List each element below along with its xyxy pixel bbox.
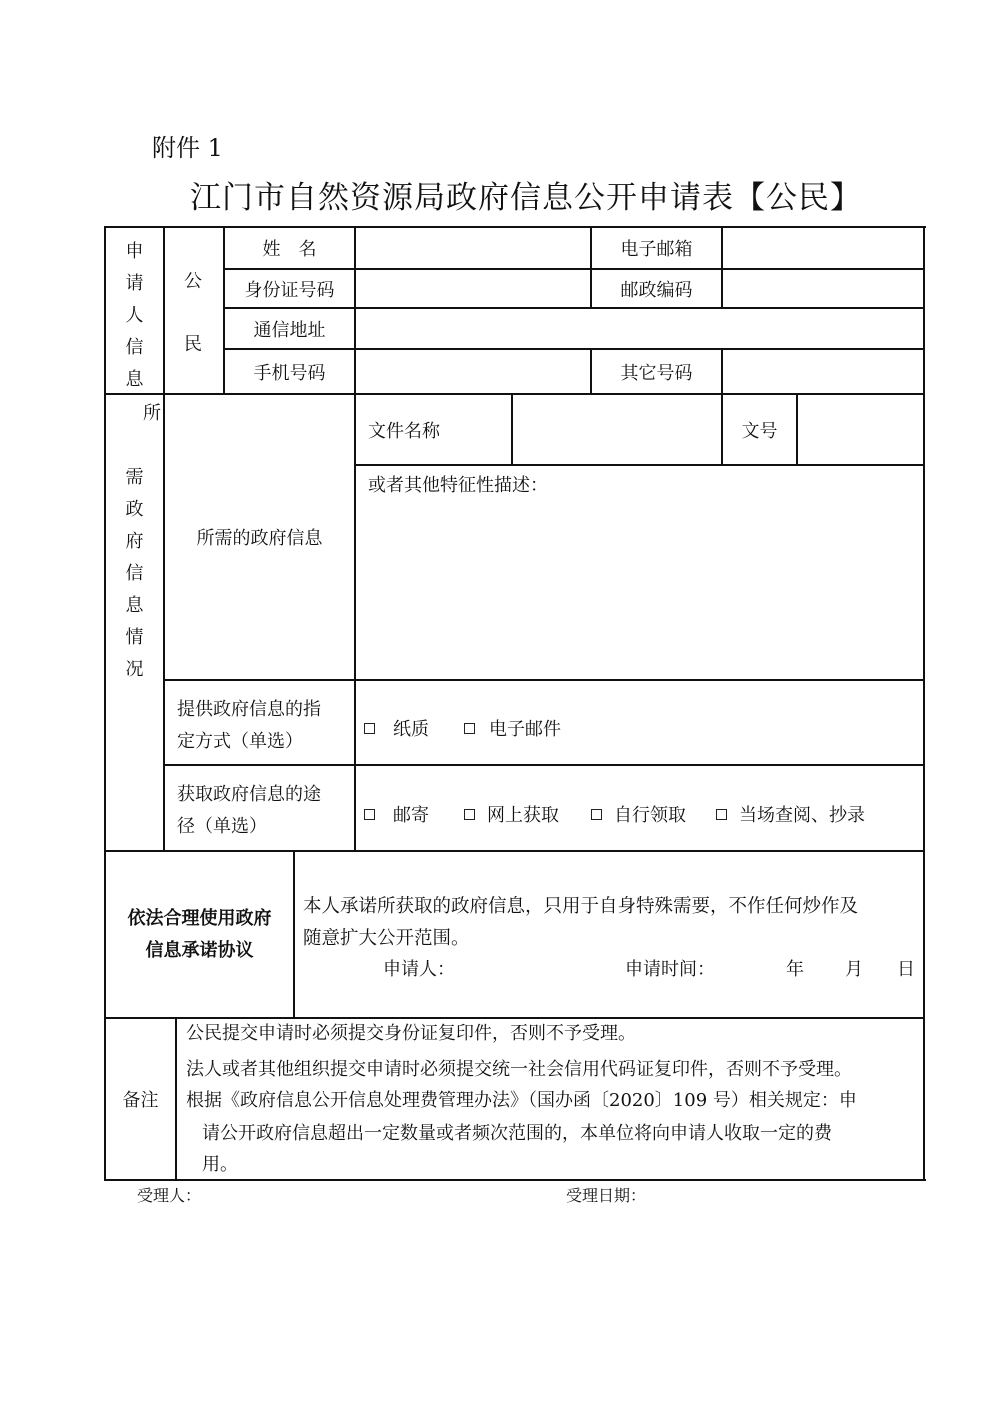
note-line: 根据《政府信息公开信息处理费管理办法》（国办函〔2020〕109 号）相关规定：… bbox=[186, 1092, 857, 1110]
note-line: 法人或者其他组织提交申请时必须提交统一社会信用代码证复印件，否则不予受理。 bbox=[186, 1061, 852, 1079]
description-label: 或者其他特征性描述： bbox=[368, 477, 548, 495]
receiver-label: 受理人： bbox=[137, 1188, 201, 1204]
obtain-method-label: 获取政府信息的途 径（单选） bbox=[177, 779, 321, 843]
citizen-type-char-2: 民 bbox=[184, 336, 202, 354]
address-field[interactable] bbox=[356, 309, 923, 348]
other-number-label: 其它号码 bbox=[592, 350, 721, 393]
checkbox-icon[interactable] bbox=[364, 809, 375, 820]
obtain-option-onsite[interactable]: 当场查阅、抄录 bbox=[716, 801, 865, 827]
email-label: 电子邮箱 bbox=[592, 228, 721, 268]
provide-option-paper[interactable]: 纸质 bbox=[364, 715, 429, 741]
applicant-sign-label: 申请人： bbox=[383, 961, 455, 979]
option-label: 邮寄 bbox=[393, 805, 429, 826]
other-number-field[interactable] bbox=[723, 350, 923, 393]
checkbox-icon[interactable] bbox=[591, 809, 602, 820]
obtain-method-label-line1: 获取政府信息的途 bbox=[177, 779, 321, 811]
applicant-label-char: 息 bbox=[126, 364, 144, 396]
checkbox-icon[interactable] bbox=[716, 809, 727, 820]
checkbox-icon[interactable] bbox=[464, 723, 475, 734]
applicant-label-char: 请 bbox=[126, 268, 144, 300]
agreement-text-line2: 随意扩大公开范围。 bbox=[303, 930, 470, 949]
obtain-method-label-line2: 径（单选） bbox=[177, 811, 321, 843]
description-field[interactable] bbox=[356, 500, 923, 678]
obtain-option-mail[interactable]: 邮寄 bbox=[364, 801, 429, 827]
postcode-field[interactable] bbox=[723, 270, 923, 307]
id-number-field[interactable] bbox=[356, 270, 590, 307]
address-label: 通信地址 bbox=[225, 309, 354, 348]
option-label: 自行领取 bbox=[614, 805, 686, 826]
file-name-field[interactable] bbox=[513, 395, 721, 464]
applicant-label-char: 申 bbox=[126, 236, 144, 268]
note-line: 请公开政府信息超出一定数量或者频次范围的，本单位将向申请人收取一定的费 bbox=[202, 1125, 832, 1143]
note-line: 用。 bbox=[202, 1156, 238, 1174]
provide-method-label-line1: 提供政府信息的指 bbox=[177, 694, 321, 726]
obtain-option-self-pickup[interactable]: 自行领取 bbox=[591, 801, 686, 827]
receive-date-label: 受理日期： bbox=[566, 1188, 646, 1204]
option-label: 纸质 bbox=[393, 719, 429, 740]
applicant-label-char: 信 bbox=[126, 332, 144, 364]
name-field[interactable] bbox=[356, 228, 590, 268]
provide-method-label: 提供政府信息的指 定方式（单选） bbox=[177, 694, 321, 758]
citizen-type-char-1: 公 bbox=[184, 273, 202, 291]
file-name-label: 文件名称 bbox=[368, 423, 440, 441]
apply-time-label: 申请时间： bbox=[625, 961, 715, 979]
option-label: 当场查阅、抄录 bbox=[739, 805, 865, 826]
info-label-char: 政 bbox=[126, 494, 144, 526]
info-label-char: 情 bbox=[126, 622, 144, 654]
info-label-char: 况 bbox=[126, 654, 144, 686]
applicant-label-char: 人 bbox=[126, 300, 144, 332]
provide-option-email[interactable]: 电子邮件 bbox=[464, 715, 561, 741]
agreement-text-line1: 本人承诺所获取的政府信息，只用于自身特殊需要，不作任何炒作及 bbox=[303, 898, 858, 917]
agreement-label-line1: 依法合理使用政府 bbox=[128, 903, 272, 935]
obtain-option-online[interactable]: 网上获取 bbox=[464, 801, 559, 827]
option-label: 电子邮件 bbox=[489, 719, 561, 740]
postcode-label: 邮政编码 bbox=[592, 270, 721, 307]
mobile-field[interactable] bbox=[356, 350, 590, 393]
applicant-section-label: 申 请 人 信 息 bbox=[106, 236, 163, 396]
provide-method-label-line2: 定方式（单选） bbox=[177, 726, 321, 758]
checkbox-icon[interactable] bbox=[364, 723, 375, 734]
email-field[interactable] bbox=[723, 228, 923, 268]
notes-label: 备注 bbox=[106, 1019, 175, 1179]
doc-number-label: 文号 bbox=[723, 395, 796, 464]
info-label-char: 需 bbox=[126, 462, 144, 494]
month-label: 月 bbox=[845, 961, 863, 979]
info-label-char: 府 bbox=[126, 526, 144, 558]
option-label: 网上获取 bbox=[487, 805, 559, 826]
required-info-label: 所需的政府信息 bbox=[165, 395, 354, 679]
attachment-label: 附件 1 bbox=[152, 136, 223, 160]
agreement-label: 依法合理使用政府 信息承诺协议 bbox=[106, 852, 293, 1017]
info-section-label-top: 所 bbox=[143, 405, 161, 423]
page-title: 江门市自然资源局政府信息公开申请表【公民】 bbox=[190, 183, 862, 214]
name-label: 姓 名 bbox=[225, 228, 354, 268]
info-label-char: 信 bbox=[126, 558, 144, 590]
year-label: 年 bbox=[786, 961, 804, 979]
id-number-label: 身份证号码 bbox=[225, 270, 354, 307]
info-section-label: 需 政 府 信 息 情 况 bbox=[106, 462, 163, 686]
doc-number-field[interactable] bbox=[798, 395, 923, 464]
checkbox-icon[interactable] bbox=[464, 809, 475, 820]
day-label: 日 bbox=[897, 961, 915, 979]
note-line: 公民提交申请时必须提交身份证复印件，否则不予受理。 bbox=[186, 1025, 636, 1043]
info-label-char: 息 bbox=[126, 590, 144, 622]
mobile-label: 手机号码 bbox=[225, 350, 354, 393]
agreement-label-line2: 信息承诺协议 bbox=[146, 935, 254, 967]
